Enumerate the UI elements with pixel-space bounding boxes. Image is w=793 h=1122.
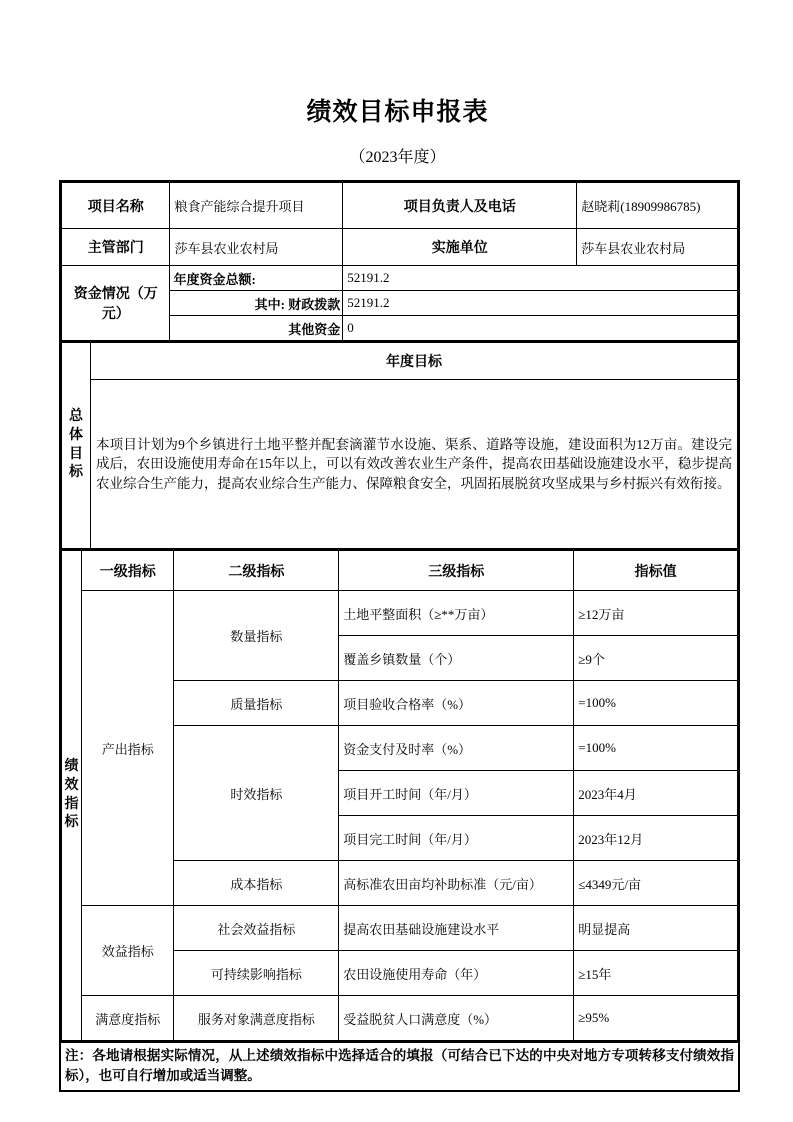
project-info-table: 项目名称 粮食产能综合提升项目 项目负责人及电话 赵晓莉(18909986785… [61, 182, 738, 341]
level2-service-satisfaction: 服务对象满意度指标 [174, 996, 339, 1041]
indicator-value: ≥12万亩 [574, 591, 738, 636]
indicators-header-row: 绩效指标 一级指标 二级指标 三级指标 指标值 [62, 550, 738, 591]
annual-goal-title: 年度目标 [91, 342, 738, 380]
overall-goal-side-text: 总体目标 [69, 408, 83, 484]
indicators-side-label: 绩效指标 [62, 550, 82, 1041]
project-name-label: 项目名称 [62, 183, 170, 229]
annual-goal-header-row: 总体目标 年度目标 [62, 342, 738, 380]
document-title: 绩效目标申报表 [59, 0, 736, 128]
indicator-value: ≥95% [574, 996, 738, 1041]
level2-quality: 质量指标 [174, 681, 339, 726]
implement-unit-label: 实施单位 [343, 229, 577, 266]
department-value: 莎车县农业农村局 [170, 229, 343, 266]
header-value: 指标值 [574, 550, 738, 591]
declaration-table: 项目名称 粮食产能综合提升项目 项目负责人及电话 赵晓莉(18909986785… [59, 180, 740, 1092]
department-row: 主管部门 莎车县农业农村局 实施单位 莎车县农业农村局 [62, 229, 738, 266]
header-level2: 二级指标 [174, 550, 339, 591]
indicator-name: 农田设施使用寿命（年） [339, 951, 574, 996]
indicator-value: ≥15年 [574, 951, 738, 996]
indicator-name: 提高农田基础设施建设水平 [339, 906, 574, 951]
indicator-name: 覆盖乡镇数量（个） [339, 636, 574, 681]
project-leader-label: 项目负责人及电话 [343, 183, 577, 229]
indicator-value: ≥9个 [574, 636, 738, 681]
annual-goal-text: 本项目计划为9个乡镇进行土地平整并配套滴灌节水设施、渠系、道路等设施，建设面积为… [91, 380, 738, 549]
indicator-name: 项目开工时间（年/月） [339, 771, 574, 816]
footnote: 注：各地请根据实际情况，从上述绩效指标中选择适合的填报（可结合已下达的中央对地方… [61, 1041, 738, 1090]
header-level1: 一级指标 [82, 550, 174, 591]
funding-fiscal-label: 其中: 财政拨款 [170, 291, 343, 316]
level1-output: 产出指标 [82, 591, 174, 906]
funding-section-label: 资金情况（万元） [62, 266, 170, 341]
annual-goal-text-row: 本项目计划为9个乡镇进行土地平整并配套滴灌节水设施、渠系、道路等设施，建设面积为… [62, 380, 738, 549]
level2-sustainable: 可持续影响指标 [174, 951, 339, 996]
project-name-value: 粮食产能综合提升项目 [170, 183, 343, 229]
funding-row-total: 资金情况（万元） 年度资金总额: 52191.2 [62, 266, 738, 291]
implement-unit-value: 莎车县农业农村局 [577, 229, 738, 266]
indicator-value: =100% [574, 726, 738, 771]
indicator-value: 2023年12月 [574, 816, 738, 861]
project-leader-value: 赵晓莉(18909986785) [577, 183, 738, 229]
indicator-name: 土地平整面积（≥**万亩） [339, 591, 574, 636]
funding-other-label: 其他资金 [170, 316, 343, 341]
funding-total-label: 年度资金总额: [170, 266, 343, 291]
indicator-row: 满意度指标 服务对象满意度指标 受益脱贫人口满意度（%） ≥95% [62, 996, 738, 1041]
indicator-name: 资金支付及时率（%） [339, 726, 574, 771]
document-page: 绩效目标申报表 （2023年度） 项目名称 粮食产能综合提升项目 项目负责人及电… [0, 0, 793, 1122]
indicator-name: 受益脱贫人口满意度（%） [339, 996, 574, 1041]
overall-goal-table: 总体目标 年度目标 本项目计划为9个乡镇进行土地平整并配套滴灌节水设施、渠系、道… [61, 341, 738, 549]
level1-satisfaction: 满意度指标 [82, 996, 174, 1041]
funding-total-value: 52191.2 [343, 266, 738, 291]
department-label: 主管部门 [62, 229, 170, 266]
level1-benefit: 效益指标 [82, 906, 174, 996]
funding-fiscal-value: 52191.2 [343, 291, 738, 316]
indicator-row: 效益指标 社会效益指标 提高农田基础设施建设水平 明显提高 [62, 906, 738, 951]
header-level3: 三级指标 [339, 550, 574, 591]
indicators-side-text: 绩效指标 [65, 758, 79, 834]
indicator-name: 高标准农田亩均补助标准（元/亩） [339, 861, 574, 906]
indicator-value: ≤4349元/亩 [574, 861, 738, 906]
level2-timeliness: 时效指标 [174, 726, 339, 861]
level2-social: 社会效益指标 [174, 906, 339, 951]
indicator-row: 产出指标 数量指标 土地平整面积（≥**万亩） ≥12万亩 [62, 591, 738, 636]
level2-cost: 成本指标 [174, 861, 339, 906]
indicators-table: 绩效指标 一级指标 二级指标 三级指标 指标值 产出指标 数量指标 土地平整面积… [61, 549, 738, 1041]
overall-goal-side-label: 总体目标 [62, 342, 91, 549]
document-subtitle: （2023年度） [59, 144, 736, 167]
indicator-name: 项目验收合格率（%） [339, 681, 574, 726]
project-name-row: 项目名称 粮食产能综合提升项目 项目负责人及电话 赵晓莉(18909986785… [62, 183, 738, 229]
indicator-value: =100% [574, 681, 738, 726]
indicator-value: 2023年4月 [574, 771, 738, 816]
level2-quantity: 数量指标 [174, 591, 339, 681]
indicator-name: 项目完工时间（年/月） [339, 816, 574, 861]
funding-other-value: 0 [343, 316, 738, 341]
indicator-value: 明显提高 [574, 906, 738, 951]
